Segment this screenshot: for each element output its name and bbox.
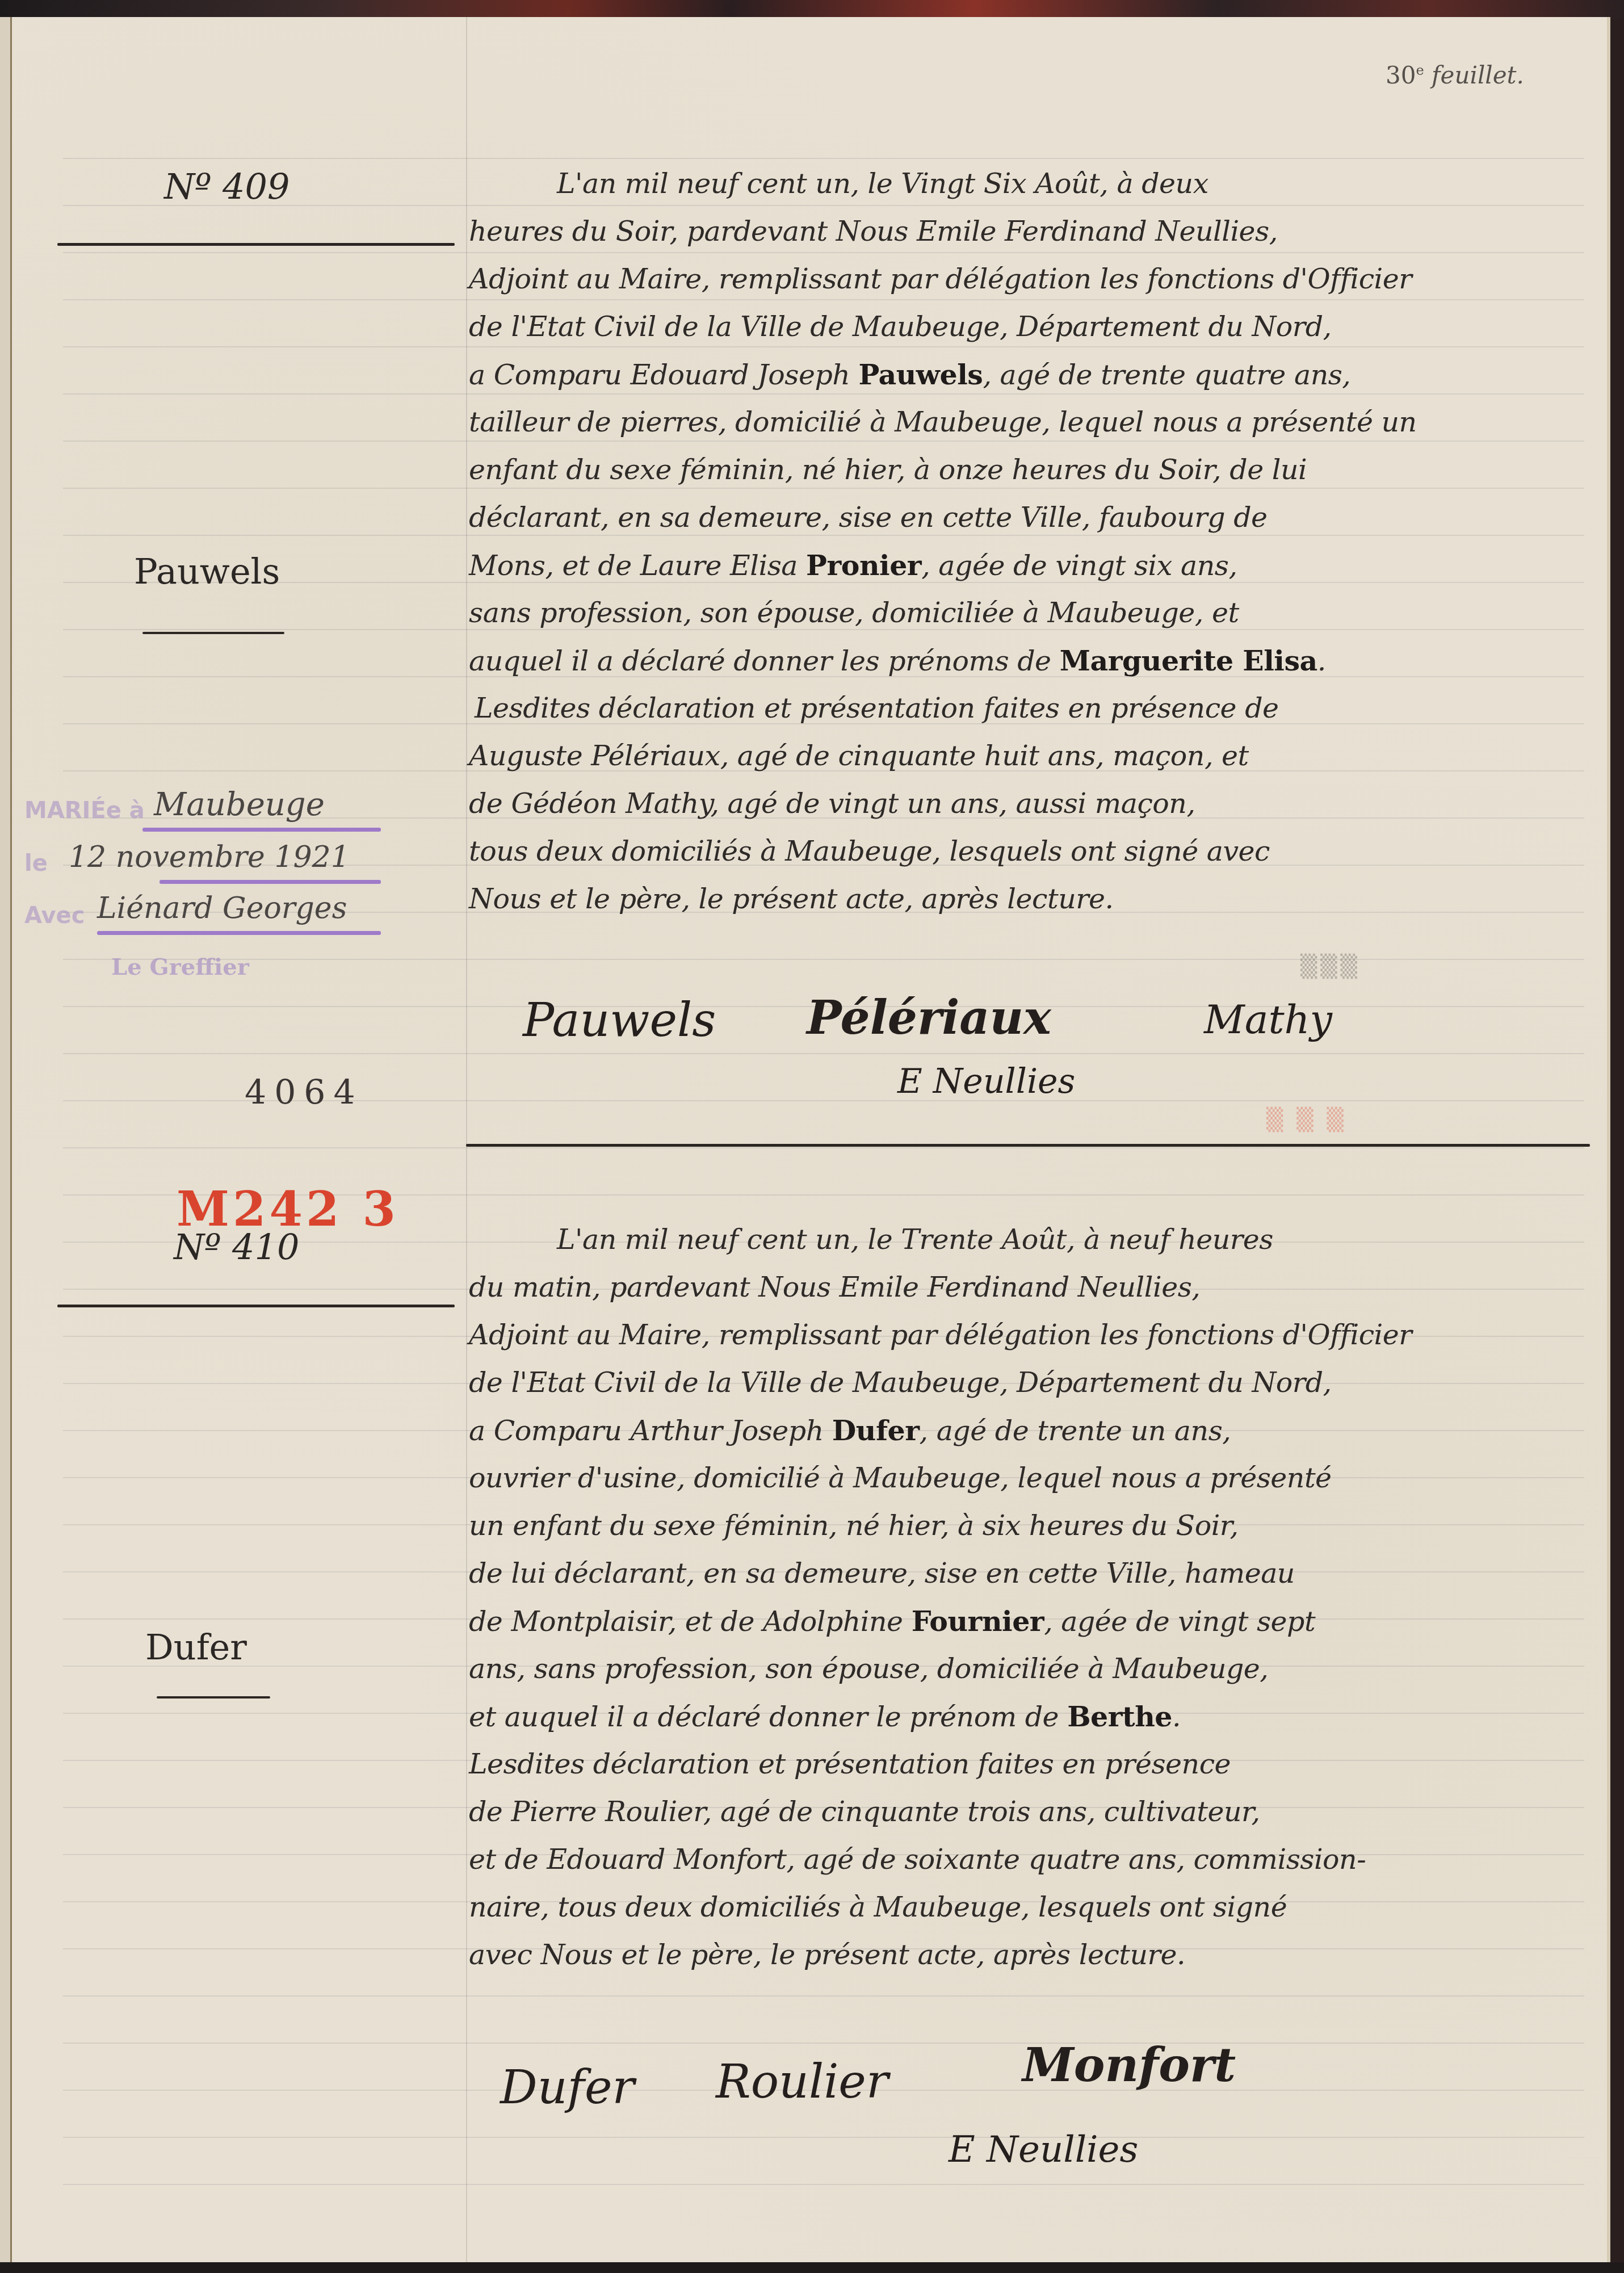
act-number: Nº 410 xyxy=(174,1226,299,1268)
highlighted-name: Berthe xyxy=(1067,1700,1172,1733)
ruled-line xyxy=(63,346,1584,347)
act-divider xyxy=(466,1144,1590,1147)
act-text-line: L'an mil neuf cent un, le Vingt Six Août… xyxy=(557,167,1208,200)
ruled-line xyxy=(63,205,1584,206)
ruled-line xyxy=(63,535,1584,536)
ruled-line xyxy=(63,2184,1584,2185)
stamp-underline xyxy=(160,880,381,884)
act-text-line: Lesdites déclaration et présentation fai… xyxy=(475,692,1279,724)
act-text-line: ouvrier d'usine, domicilié à Maubeuge, l… xyxy=(469,1462,1332,1494)
ruled-line xyxy=(63,1995,1584,1997)
ruled-line xyxy=(63,582,1584,583)
act-text-line: Lesdites déclaration et présentation fai… xyxy=(469,1748,1231,1780)
stamp-underline xyxy=(97,931,381,935)
book-binding-marbled xyxy=(0,0,1624,19)
act-text-line: sans profession, son épouse, domiciliée … xyxy=(469,597,1239,629)
highlighted-name: Marguerite Elisa xyxy=(1060,644,1317,677)
ruled-line xyxy=(63,441,1584,442)
signature-officer: E Neullies xyxy=(949,2129,1138,2171)
act-text-line: et de Edouard Monfort, agé de soixante q… xyxy=(469,1843,1366,1876)
act-text-line: tous deux domiciliés à Maubeuge, lesquel… xyxy=(469,835,1270,867)
act-text-line: naire, tous deux domiciliés à Maubeuge, … xyxy=(469,1891,1287,1923)
surname-underline xyxy=(142,632,284,634)
ruled-line xyxy=(63,1147,1584,1148)
act-text-line: de l'Etat Civil de la Ville de Maubeuge,… xyxy=(469,311,1332,343)
act-text-line: tailleur de pierres, domicilié à Maubeug… xyxy=(469,406,1417,438)
act-text-line: déclarant, en sa demeure, sise en cette … xyxy=(469,501,1268,534)
act-text-line: de l'Etat Civil de la Ville de Maubeuge,… xyxy=(469,1366,1332,1399)
stamp-underline xyxy=(142,828,381,832)
act-text-line: Auguste Pélériaux, agé de cinquante huit… xyxy=(469,740,1249,772)
ruled-line xyxy=(63,393,1584,395)
faint-stamp: ▒▒▒ xyxy=(1300,954,1361,979)
register-stamp-number: 4064 xyxy=(245,1073,363,1113)
margin-surname: Dufer xyxy=(145,1626,247,1668)
book-bottom-edge xyxy=(0,2262,1624,2273)
act-text-line: de Pierre Roulier, agé de cinquante troi… xyxy=(469,1796,1260,1828)
signature-officer: E Neullies xyxy=(897,1062,1075,1101)
entry-divider xyxy=(57,243,455,246)
register-page: 30e feuillet. Nº 409 Pauwels MARIÉe à Ma… xyxy=(12,17,1610,2262)
act-text-line: Adjoint au Maire, remplissant par déléga… xyxy=(469,1319,1412,1351)
signature-witness-2: Mathy xyxy=(1204,996,1332,1043)
act-number: Nº 409 xyxy=(164,166,289,207)
act-text-line: L'an mil neuf cent un, le Trente Août, à… xyxy=(557,1223,1273,1256)
act-text-line: auquel il a déclaré donner les prénoms d… xyxy=(469,644,1326,677)
ruled-line xyxy=(63,299,1584,300)
act-text-line: Mons, et de Laure Elisa Pronier, agée de… xyxy=(469,549,1237,582)
act-text-line: ans, sans profession, son épouse, domici… xyxy=(469,1653,1268,1685)
ruled-line xyxy=(63,158,1584,159)
act-text-line: de Gédéon Mathy, agé de vingt un ans, au… xyxy=(469,787,1195,820)
margin-rule xyxy=(466,17,467,2262)
signature-father: Dufer xyxy=(500,2061,635,2115)
folio-number: 30e feuillet. xyxy=(1386,61,1524,89)
act-text-line: du matin, pardevant Nous Emile Ferdinand… xyxy=(469,1271,1200,1303)
act-text-line: enfant du sexe féminin, né hier, à onze … xyxy=(469,454,1307,486)
highlighted-name: Pauwels xyxy=(858,358,983,391)
ruled-line xyxy=(63,488,1584,489)
act-text-line: Nous et le père, le présent acte, après … xyxy=(469,883,1114,915)
act-text-line: Adjoint au Maire, remplissant par déléga… xyxy=(469,263,1412,295)
signature-witness-2: Monfort xyxy=(1022,2038,1236,2092)
signature-witness-1: Roulier xyxy=(716,2055,888,2109)
highlighted-name: Pronier xyxy=(806,549,921,582)
act-text-line: de Montplaisir, et de Adolphine Fournier… xyxy=(469,1605,1315,1638)
highlighted-name: Dufer xyxy=(832,1414,920,1447)
act-text-line: a Comparu Arthur Joseph Dufer, agé de tr… xyxy=(469,1414,1231,1447)
margin-surname: Pauwels xyxy=(134,551,280,592)
act-text-line: et auquel il a déclaré donner le prénom … xyxy=(469,1700,1181,1733)
highlighted-name: Fournier xyxy=(912,1605,1044,1638)
left-page-edge xyxy=(0,17,12,2273)
surname-underline xyxy=(157,1696,270,1699)
act-text-line: un enfant du sexe féminin, né hier, à si… xyxy=(469,1509,1238,1542)
ruled-line xyxy=(63,1053,1584,1054)
act-text-line: a Comparu Edouard Joseph Pauwels, agé de… xyxy=(469,358,1350,391)
ruled-line xyxy=(63,629,1584,630)
act-text-line: heures du Soir, pardevant Nous Emile Fer… xyxy=(469,215,1278,248)
signature-witness-1: Pélériaux xyxy=(807,991,1051,1045)
signature-father: Pauwels xyxy=(523,993,716,1047)
ruled-line xyxy=(63,252,1584,253)
entry-divider xyxy=(57,1305,455,1307)
ruled-line xyxy=(63,2137,1584,2138)
act-text-line: de lui déclarant, en sa demeure, sise en… xyxy=(469,1557,1295,1590)
ruled-line xyxy=(63,2043,1584,2044)
act-text-line: avec Nous et le père, le présent acte, a… xyxy=(469,1939,1185,1971)
faint-red-stamp: ▒ ▒ ▒ xyxy=(1266,1107,1347,1132)
